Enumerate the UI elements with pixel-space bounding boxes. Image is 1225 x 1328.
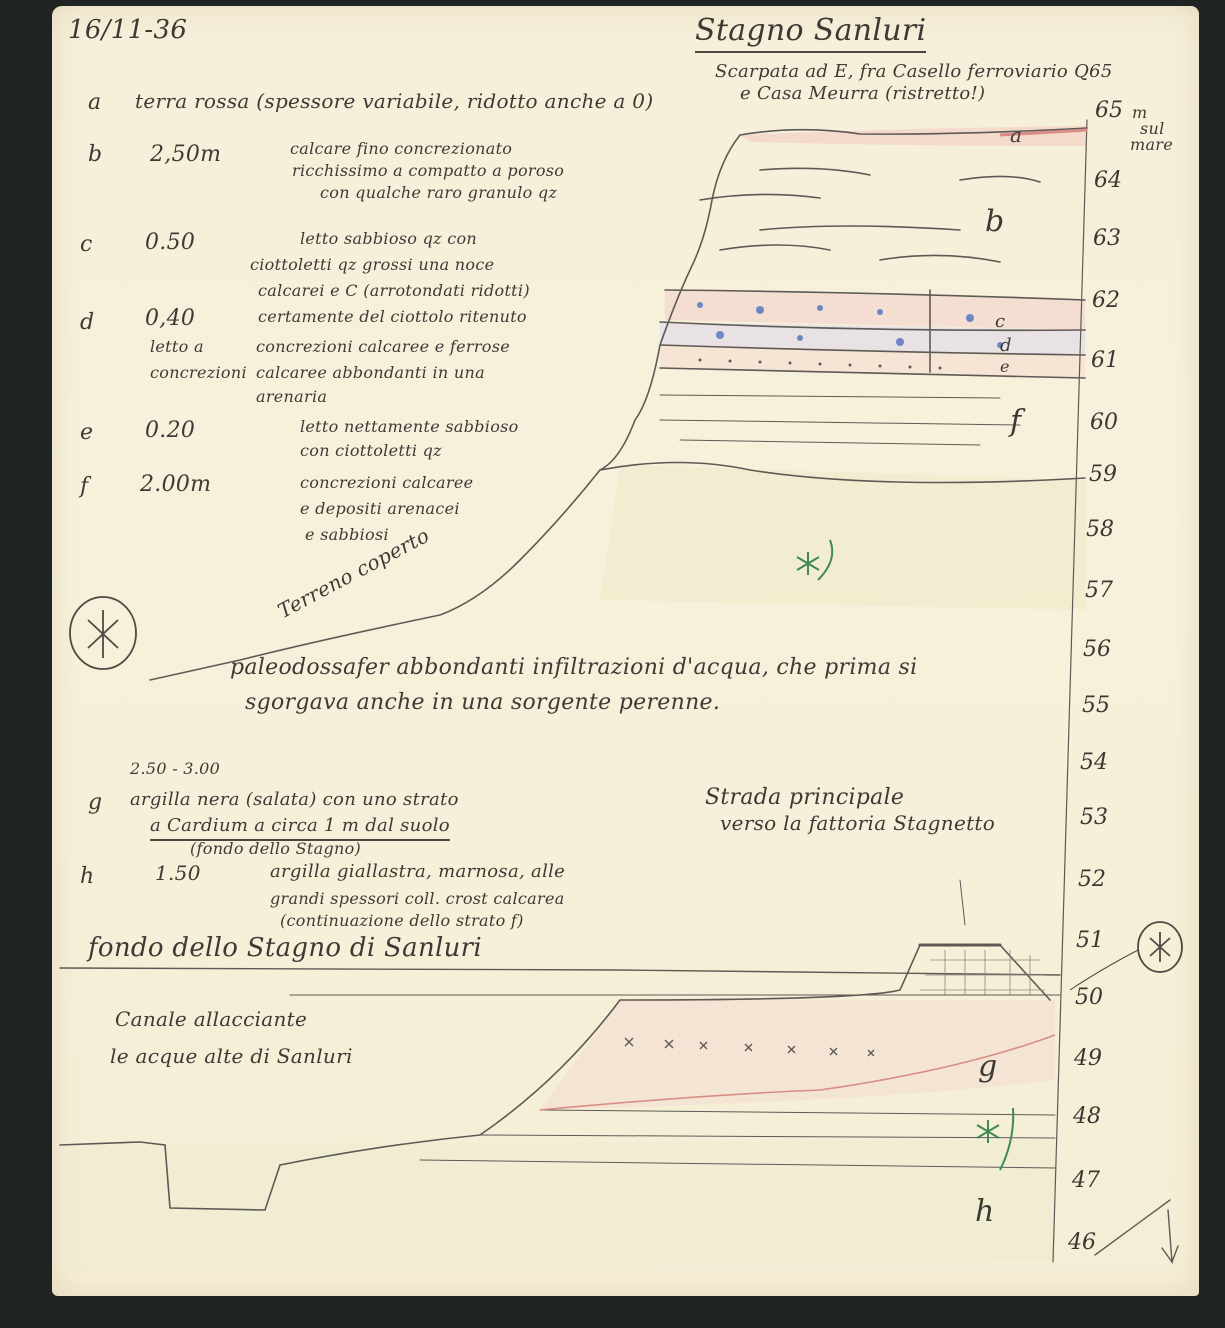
legend-thickness-c: 0.50 xyxy=(145,230,195,255)
strada-label-1: Strada principale xyxy=(705,785,904,810)
legend-text-f-1: concrezioni calcaree xyxy=(300,474,473,492)
axis-tick: 50 xyxy=(1075,985,1103,1010)
paleodepression-note-1: paleodossafer abbondanti infiltrazioni d… xyxy=(230,655,917,680)
legend-text-f-3: e sabbiosi xyxy=(305,526,389,544)
legend-text-b-1: calcare fino concrezionato xyxy=(290,140,512,158)
axis-tick: 65 xyxy=(1095,98,1123,123)
legend-text-c-1: letto sabbioso qz con xyxy=(300,230,477,248)
layer-label-a: a xyxy=(1010,124,1022,147)
layer-label-e: e xyxy=(1000,358,1010,376)
axis-tick: 62 xyxy=(1092,288,1120,313)
layer-label-g: g xyxy=(978,1050,998,1085)
subtitle-line-2: e Casa Meurra (ristretto!) xyxy=(740,84,985,105)
layer-label-f: f xyxy=(1010,405,1021,440)
date-label: 16/11-36 xyxy=(68,16,187,46)
layer-label-d: d xyxy=(1000,336,1012,357)
legend-thickness-d: 0,40 xyxy=(145,306,195,331)
legend-text-h-2: grandi spessori coll. crost calcarea xyxy=(270,890,565,908)
legend-thickness-h: 1.50 xyxy=(155,862,201,885)
legend-text-g-2: a Cardium a circa 1 m dal suolo xyxy=(150,816,450,841)
axis-tick: 55 xyxy=(1082,693,1110,718)
axis-tick: 53 xyxy=(1080,805,1108,830)
legend-text-d-1: certamente del ciottolo ritenuto xyxy=(258,308,527,326)
axis-tick: 49 xyxy=(1074,1046,1102,1071)
subtitle-line-1: Scarpata ad E, fra Casello ferroviario Q… xyxy=(715,62,1113,83)
legend-thickness-g: 2.50 - 3.00 xyxy=(130,760,220,778)
legend-key-f: f xyxy=(80,474,88,499)
legend-text-h-1: argilla giallastra, marnosa, alle xyxy=(270,862,565,883)
legend-text-d-4: arenaria xyxy=(256,388,327,406)
canale-label-2: le acque alte di Sanluri xyxy=(110,1045,353,1068)
axis-tick: 57 xyxy=(1085,578,1113,603)
axis-tick: 54 xyxy=(1080,750,1108,775)
axis-tick: 58 xyxy=(1086,517,1114,542)
legend-thickness-e: 0.20 xyxy=(145,418,195,443)
canale-label-1: Canale allacciante xyxy=(115,1008,307,1031)
legend-key-h: h xyxy=(80,864,94,889)
layer-h-fill xyxy=(70,1140,1055,1270)
legend-key-e: e xyxy=(80,420,93,445)
legend-text-b-3: con qualche raro granulo qz xyxy=(320,184,557,202)
legend-key-b: b xyxy=(88,142,102,167)
legend-text-d-3: calcaree abbondanti in una xyxy=(256,364,485,382)
legend-key-g: g xyxy=(88,790,102,815)
legend-text-a: terra rossa (spessore variabile, ridotto… xyxy=(135,90,653,113)
axis-tick: 52 xyxy=(1078,867,1106,892)
layer-a-fill xyxy=(740,126,1087,146)
legend-text-g-3: (fondo dello Stagno) xyxy=(190,840,361,858)
axis-tick: 59 xyxy=(1089,462,1117,487)
axis-tick: 46 xyxy=(1068,1230,1096,1255)
legend-sublabel-d-2: concrezioni xyxy=(150,364,247,382)
legend-text-h-3: (continuazione dello strato f) xyxy=(280,912,524,930)
legend-text-e-2: con ciottoletti qz xyxy=(300,442,442,460)
axis-tick: 51 xyxy=(1076,928,1104,953)
fondo-stagno-label: fondo dello Stagno di Sanluri xyxy=(88,934,482,964)
legend-text-c-3: calcarei e C (arrotondati ridotti) xyxy=(258,282,530,300)
legend-text-f-2: e depositi arenacei xyxy=(300,500,460,518)
axis-tick: 48 xyxy=(1073,1104,1101,1129)
legend-text-d-2: concrezioni calcaree e ferrose xyxy=(256,338,510,356)
axis-tick: 60 xyxy=(1090,410,1118,435)
axis-tick: 64 xyxy=(1094,168,1122,193)
legend-thickness-b: 2,50m xyxy=(150,142,221,167)
legend-key-a: a xyxy=(88,90,101,115)
axis-tick: 47 xyxy=(1072,1168,1100,1193)
axis-tick: 63 xyxy=(1093,226,1121,251)
paleodepression-note-2: sgorgava anche in una sorgente perenne. xyxy=(245,690,720,715)
layer-f-fill xyxy=(600,465,1085,610)
legend-text-b-2: ricchissimo a compatto a poroso xyxy=(292,162,564,180)
layer-label-h: h xyxy=(975,1195,995,1230)
axis-tick: 61 xyxy=(1091,348,1119,373)
page-title: Stagno Sanluri xyxy=(695,14,926,53)
legend-text-c-2: ciottoletti qz grossi una noce xyxy=(250,256,494,274)
layer-label-b: b xyxy=(985,205,1005,240)
axis-unit-mare: mare xyxy=(1130,136,1173,154)
legend-sublabel-d-1: letto a xyxy=(150,338,204,356)
layer-label-c: c xyxy=(995,312,1005,333)
legend-text-g-1: argilla nera (salata) con uno strato xyxy=(130,790,459,811)
legend-key-c: c xyxy=(80,232,93,257)
strada-label-2: verso la fattoria Stagnetto xyxy=(720,812,995,835)
legend-text-e-1: letto nettamente sabbioso xyxy=(300,418,519,436)
legend-key-d: d xyxy=(80,310,94,335)
axis-tick: 56 xyxy=(1083,637,1111,662)
legend-thickness-f: 2.00m xyxy=(140,472,211,497)
